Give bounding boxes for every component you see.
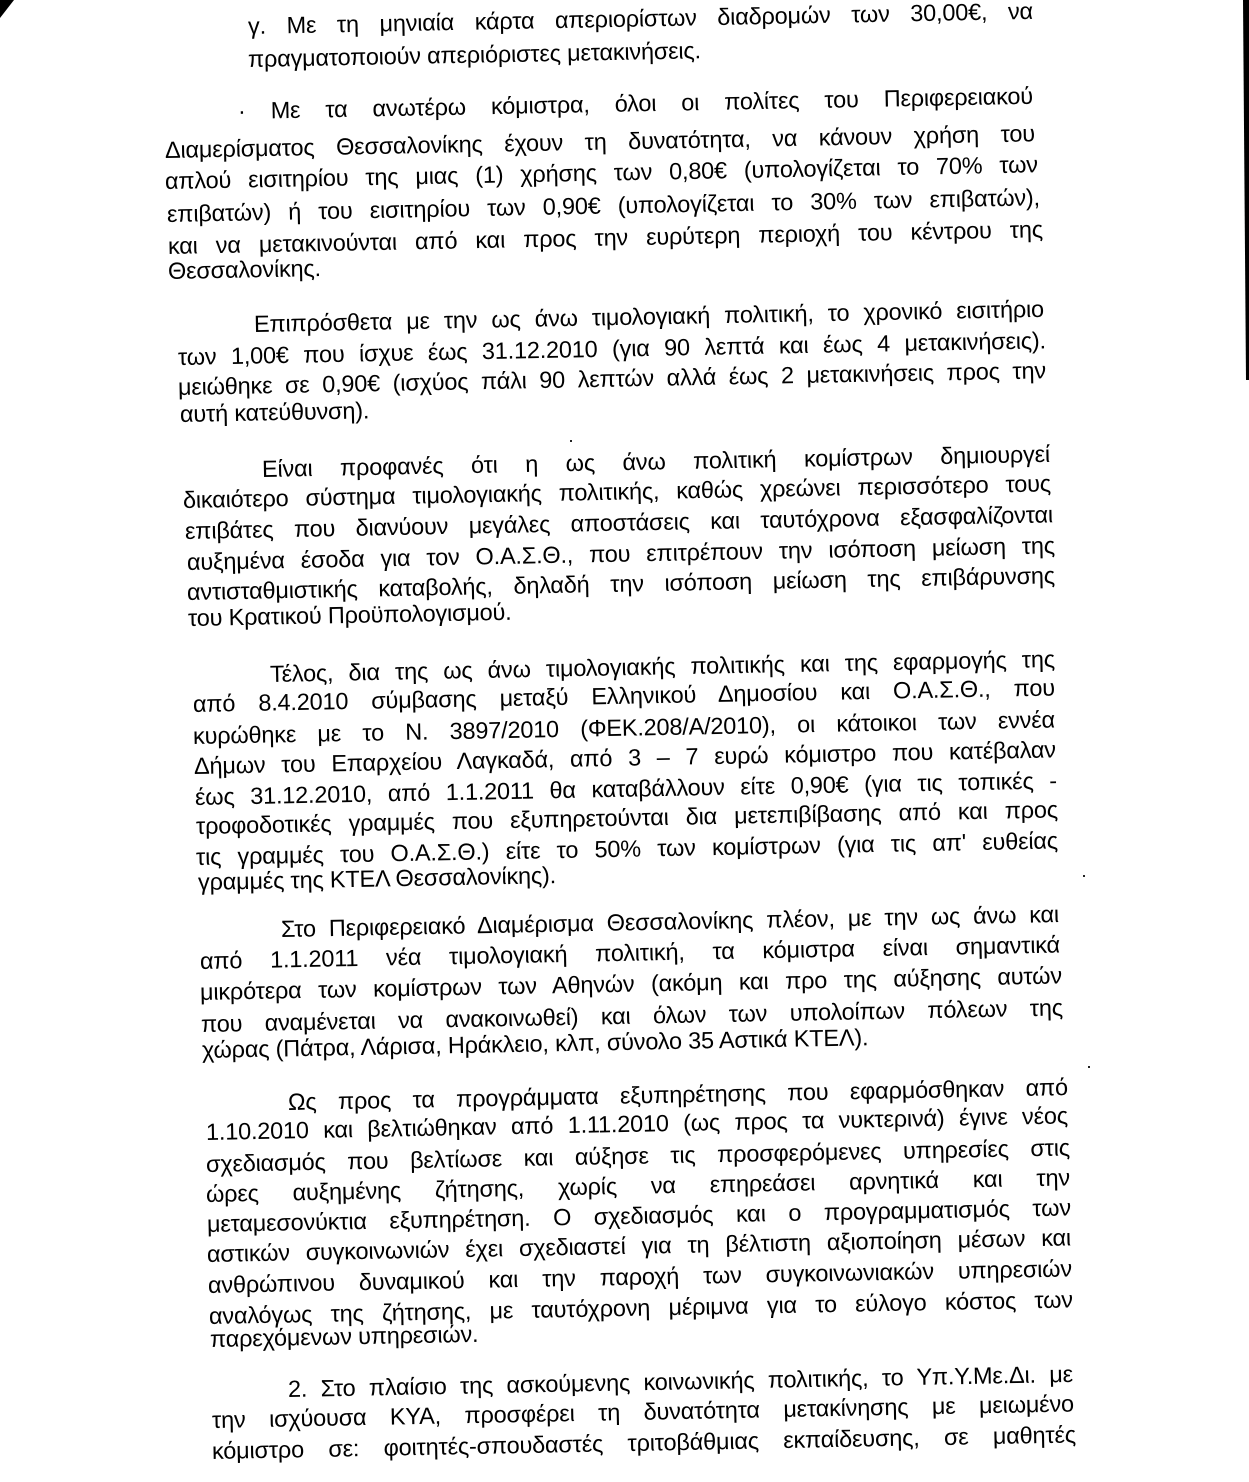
scan-speck [1088,1066,1090,1068]
text-line: · Με τα ανωτέρω κόμιστρα, όλοι οι πολίτε… [238,82,1033,125]
scan-speck [1083,875,1085,877]
scan-corner-artifact [0,0,14,18]
scan-edge-artifact [1241,0,1249,380]
scan-speck [570,440,572,442]
scanned-document-page: γ. Με τη μηνιαία κάρτα απεριορίστων διαδ… [0,0,1249,1482]
